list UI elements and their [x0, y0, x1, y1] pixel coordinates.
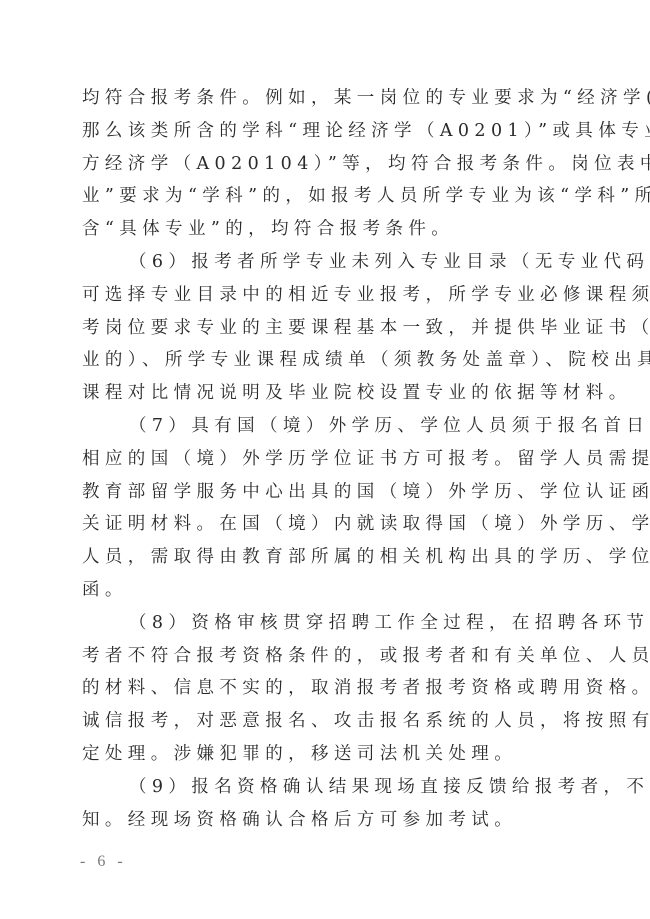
- paragraph-item-7: （7）具有国（境）外学历、学位人员须于报名首日前取得 相应的国（境）外学历学位证…: [82, 410, 570, 607]
- text-line: （7）具有国（境）外学历、学位人员须于报名首日前取得: [82, 410, 570, 443]
- paragraph-item-9: （9）报名资格确认结果现场直接反馈给报考者，不另行通 知。经现场资格确认合格后方…: [82, 771, 570, 837]
- text-line: （9）报名资格确认结果现场直接反馈给报考者，不另行通: [82, 771, 570, 804]
- text-line: 定处理。涉嫌犯罪的，移送司法机关处理。: [82, 738, 570, 771]
- paragraph-item-6: （6）报考者所学专业未列入专业目录（无专业代码）的， 可选择专业目录中的相近专业…: [82, 246, 570, 410]
- text-line: 方经济学（A020104）”等，均符合报考条件。岗位表中的“专: [82, 148, 570, 181]
- page-number: - 6 -: [80, 853, 127, 871]
- text-line: 含“具体专业”的，均符合报考条件。: [82, 213, 570, 246]
- text-line: 诚信报考，对恶意报名、攻击报名系统的人员，将按照有关规: [82, 705, 570, 738]
- text-line: （8）资格审核贯穿招聘工作全过程，在招聘各环节发现报: [82, 607, 570, 640]
- text-line: 可选择专业目录中的相近专业报考，所学专业必修课程须与报: [82, 279, 570, 312]
- text-line: 函。: [82, 574, 570, 607]
- paragraph-continuation: 均符合报考条件。例如，某一岗位的专业要求为“经济学(A02)”， 那么该类所含的…: [82, 82, 570, 246]
- text-line: 关证明材料。在国（境）内就读取得国（境）外学历、学位的: [82, 508, 570, 541]
- text-line: 业”要求为“学科”的，如报考人员所学专业为该“学科”所: [82, 180, 570, 213]
- text-line: 相应的国（境）外学历学位证书方可报考。留学人员需提供由: [82, 443, 570, 476]
- document-body: 均符合报考条件。例如，某一岗位的专业要求为“经济学(A02)”， 那么该类所含的…: [82, 82, 570, 836]
- text-line: 那么该类所含的学科“理论经济学（A0201）”或具体专业“西: [82, 115, 570, 148]
- text-line: 教育部留学服务中心出具的国（境）外学历、学位认证函等有: [82, 476, 570, 509]
- text-line: （6）报考者所学专业未列入专业目录（无专业代码）的，: [82, 246, 570, 279]
- text-line: 人员，需取得由教育部所属的相关机构出具的学历、学位认证: [82, 541, 570, 574]
- text-line: 考者不符合报考资格条件的，或报考者和有关单位、人员提供: [82, 640, 570, 673]
- text-line: 知。经现场资格确认合格后方可参加考试。: [82, 804, 570, 837]
- text-line: 业的）、所学专业课程成绩单（须教务处盖章）、院校出具的: [82, 344, 570, 377]
- paragraph-item-8: （8）资格审核贯穿招聘工作全过程，在招聘各环节发现报 考者不符合报考资格条件的，…: [82, 607, 570, 771]
- text-line: 考岗位要求专业的主要课程基本一致，并提供毕业证书（已毕: [82, 312, 570, 345]
- text-line: 的材料、信息不实的，取消报考者报考资格或聘用资格。践行: [82, 672, 570, 705]
- text-line: 课程对比情况说明及毕业院校设置专业的依据等材料。: [82, 377, 570, 410]
- document-page: 均符合报考条件。例如，某一岗位的专业要求为“经济学(A02)”， 那么该类所含的…: [0, 0, 650, 919]
- text-line: 均符合报考条件。例如，某一岗位的专业要求为“经济学(A02)”，: [82, 82, 570, 115]
